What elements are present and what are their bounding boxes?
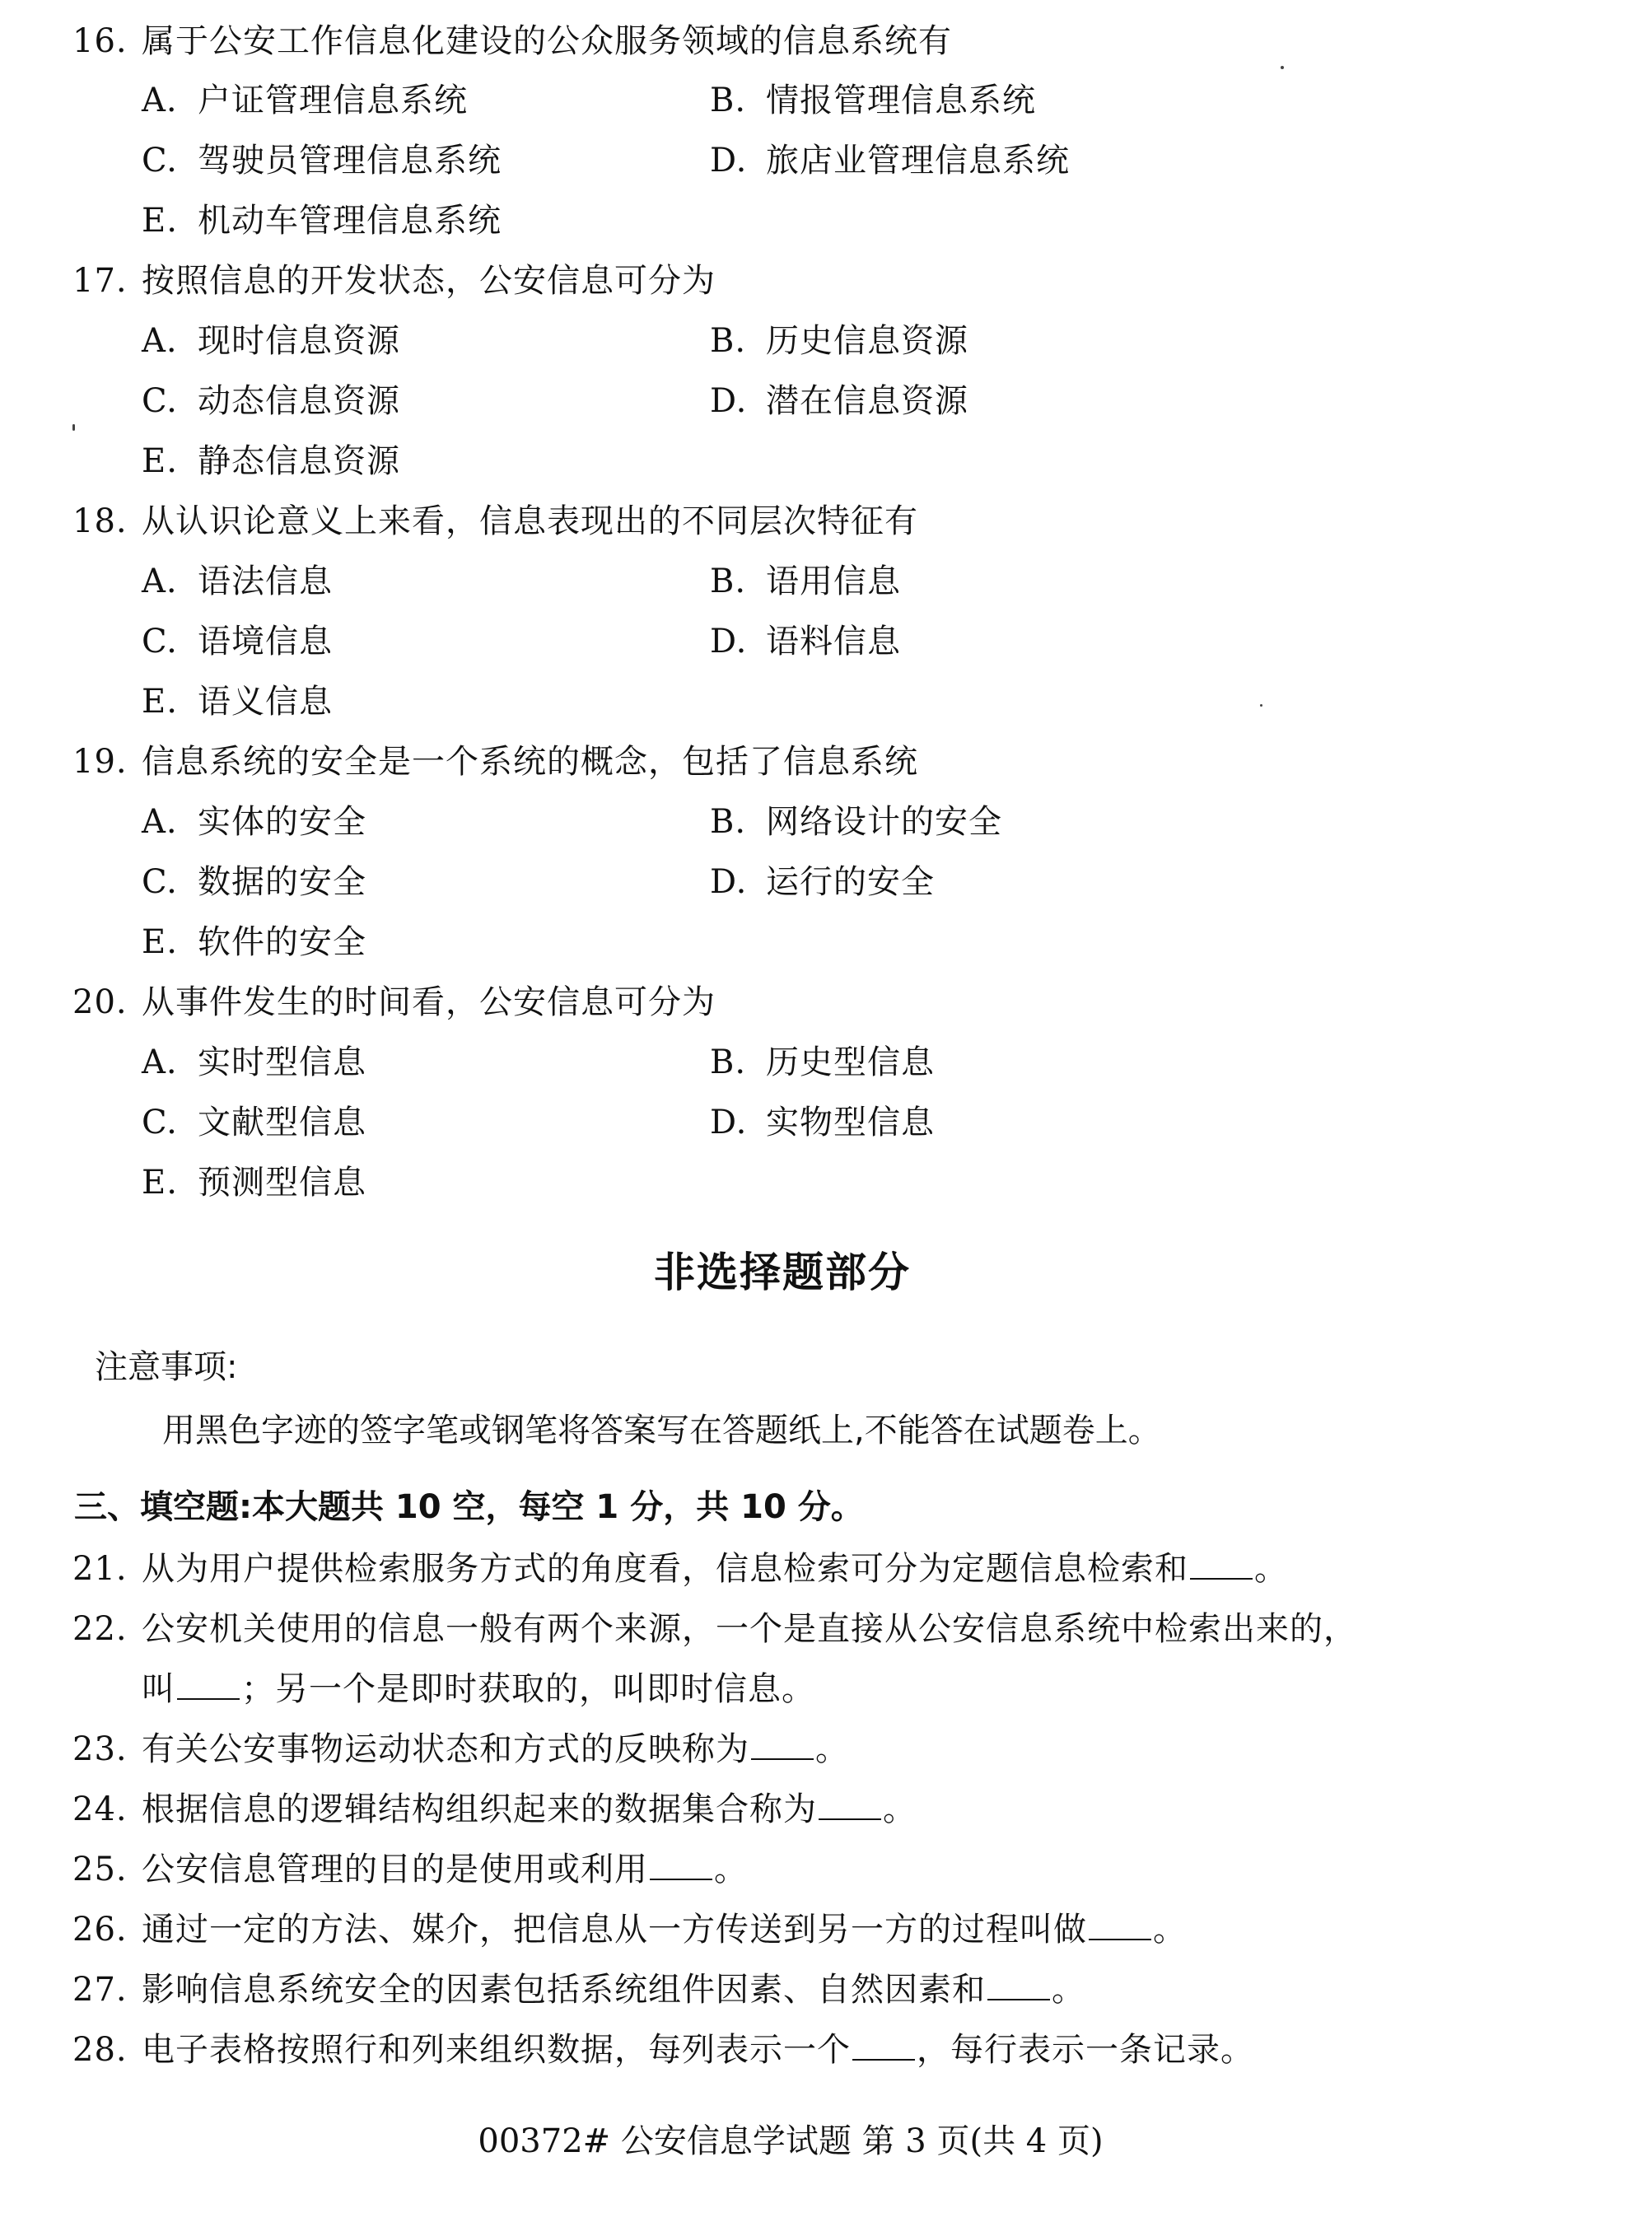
scan-speck [1281,66,1284,69]
option-letter: B. [710,76,766,125]
question-text: 信息系统的安全是一个系统的概念，包括了信息系统 [142,737,918,787]
option-text: 网络设计的安全 [766,803,1002,841]
answer-blank [1190,1553,1253,1580]
option-row: A.语法信息 B.语用信息 [0,557,1652,606]
option-c: C.文献型信息 [142,1098,366,1147]
option-row: E.预测型信息 [0,1158,1652,1207]
text-before: 叫 [142,1670,175,1708]
scan-speck [72,424,75,431]
text-before: 公安信息管理的目的是使用或利用 [142,1851,648,1888]
question-text: 电子表格按照行和列来组织数据，每列表示一个，每行表示一条记录。 [142,2025,1254,2075]
question-number: 26. [72,1905,128,1954]
option-text: 实时型信息 [198,1043,366,1081]
answer-blank [852,2034,915,2061]
question-text: 从为用户提供检索服务方式的角度看，信息检索可分为定题信息检索和。 [142,1544,1288,1594]
page-footer: 00372# 公安信息学试题 第 3 页(共 4 页) [0,2117,1581,2166]
option-text: 现时信息资源 [198,322,400,360]
question-text: 公安信息管理的目的是使用或利用。 [142,1845,748,1894]
option-letter: A. [142,557,198,606]
question-number: 28. [72,2025,128,2075]
question-number: 25. [72,1845,128,1894]
option-c: C.动态信息资源 [142,376,400,426]
option-text: 动态信息资源 [198,382,400,420]
option-c: C.驾驶员管理信息系统 [142,136,502,185]
option-text: 运行的安全 [766,863,935,901]
option-letter: E. [142,436,198,486]
text-after: ；另一个是即时获取的，叫即时信息。 [241,1670,815,1708]
option-c: C.数据的安全 [142,857,366,907]
option-text: 历史信息资源 [766,322,968,360]
question-number: 22. [72,1604,128,1654]
option-row: A.现时信息资源 B.历史信息资源 [0,316,1652,366]
option-d: D.实物型信息 [710,1098,935,1147]
option-letter: C. [142,857,198,907]
question-number: 18. [72,497,128,546]
option-row: A.实时型信息 B.历史型信息 [0,1038,1652,1087]
option-c: C.语境信息 [142,617,333,666]
text-after: 。 [815,1730,849,1768]
option-a: A.实时型信息 [142,1038,366,1087]
option-text: 软件的安全 [198,923,366,961]
option-row: E.静态信息资源 [0,436,1652,486]
section-title: 非选择题部分 [0,1248,1565,1297]
answer-blank [751,1734,814,1760]
option-letter: C. [142,376,198,426]
question-text: 有关公安事物运动状态和方式的反映称为。 [142,1725,849,1774]
option-letter: B. [710,316,766,366]
option-e: E.机动车管理信息系统 [142,196,502,245]
question-number: 20. [72,978,128,1027]
option-e: E.软件的安全 [142,917,366,967]
option-letter: E. [142,917,198,967]
question-number: 23. [72,1725,128,1774]
question-text: 从事件发生的时间看，公安信息可分为 [142,978,716,1027]
text-before: 电子表格按照行和列来组织数据，每列表示一个 [142,2031,851,2069]
option-text: 静态信息资源 [198,442,400,480]
option-text: 实体的安全 [198,803,366,841]
option-letter: E. [142,196,198,245]
text-after: 。 [1254,1550,1288,1588]
question-text: 影响信息系统安全的因素包括系统组件因素、自然因素和。 [142,1965,1085,2014]
option-text: 历史型信息 [766,1043,935,1081]
question-text: 叫；另一个是即时获取的，叫即时信息。 [142,1664,815,1714]
option-text: 数据的安全 [198,863,366,901]
option-b: B.历史信息资源 [710,316,968,366]
question-number: 21. [72,1544,128,1594]
option-row: C.动态信息资源 D.潜在信息资源 [0,376,1652,426]
option-letter: C. [142,1098,198,1147]
option-letter: B. [710,1038,766,1087]
option-letter: A. [142,1038,198,1087]
text-after: ，每行表示一条记录。 [917,2031,1254,2069]
question-number: 17. [72,256,128,306]
option-row: C.文献型信息 D.实物型信息 [0,1098,1652,1147]
question-text: 根据信息的逻辑结构组织起来的数据集合称为。 [142,1785,917,1834]
option-a: A.现时信息资源 [142,316,400,366]
question-text: 按照信息的开发状态，公安信息可分为 [142,256,716,306]
option-d: D.语料信息 [710,617,901,666]
option-a: A.实体的安全 [142,797,366,847]
question-number: 27. [72,1965,128,2014]
option-d: D.旅店业管理信息系统 [710,136,1070,185]
option-letter: C. [142,617,198,666]
text-before: 有关公安事物运动状态和方式的反映称为 [142,1730,749,1768]
option-row: C.数据的安全 D.运行的安全 [0,857,1652,907]
question-number: 19. [72,737,128,787]
option-letter: D. [710,136,766,185]
answer-blank [987,1974,1050,2000]
option-letter: D. [710,376,766,426]
answer-blank [650,1854,712,1880]
option-e: E.预测型信息 [142,1158,366,1207]
option-a: A.语法信息 [142,557,333,606]
option-text: 语法信息 [198,563,333,600]
option-letter: A. [142,797,198,847]
text-before: 影响信息系统安全的因素包括系统组件因素、自然因素和 [142,1971,986,2009]
option-text: 语义信息 [198,683,333,721]
answer-blank [1089,1914,1151,1940]
option-text: 实物型信息 [766,1104,935,1141]
option-letter: E. [142,1158,198,1207]
option-row: E.语义信息 [0,677,1652,726]
text-after: 。 [1052,1971,1085,2009]
option-letter: A. [142,76,198,125]
question-text: 属于公安工作信息化建设的公众服务领域的信息系统有 [142,16,952,66]
option-letter: A. [142,316,198,366]
question-number: 16. [72,16,128,66]
option-text: 语料信息 [766,623,901,661]
answer-blank [819,1794,881,1820]
option-letter: E. [142,677,198,726]
option-b: B.网络设计的安全 [710,797,1002,847]
question-text: 从认识论意义上来看，信息表现出的不同层次特征有 [142,497,918,546]
notice-text: 用黑色字迹的签字笔或钢笔将答案写在答题纸上,不能答在试题卷上。 [162,1406,1161,1455]
option-letter: D. [710,857,766,907]
text-after: 。 [714,1851,748,1888]
option-d: D.运行的安全 [710,857,935,907]
option-a: A.户证管理信息系统 [142,76,468,125]
part-heading: 三、填空题:本大题共 10 空，每空 1 分，共 10 分。 [74,1482,864,1532]
option-text: 预测型信息 [198,1164,366,1202]
text-before: 根据信息的逻辑结构组织起来的数据集合称为 [142,1790,817,1828]
option-text: 文献型信息 [198,1104,366,1141]
option-text: 语用信息 [766,563,901,600]
answer-blank [177,1674,240,1700]
option-row: E.机动车管理信息系统 [0,196,1652,245]
option-d: D.潜在信息资源 [710,376,968,426]
text-after: 。 [1153,1911,1187,1949]
option-text: 情报管理信息系统 [766,82,1036,119]
text-after: 。 [883,1790,917,1828]
option-row: E.软件的安全 [0,917,1652,967]
option-row: C.语境信息 D.语料信息 [0,617,1652,666]
notice-label: 注意事项: [95,1342,237,1392]
option-row: A.户证管理信息系统 B.情报管理信息系统 [0,76,1652,125]
option-b: B.历史型信息 [710,1038,935,1087]
option-e: E.静态信息资源 [142,436,400,486]
option-text: 旅店业管理信息系统 [766,142,1070,180]
scan-speck [1260,704,1262,707]
question-text: 公安机关使用的信息一般有两个来源，一个是直接从公安信息系统中检索出来的， [142,1604,1357,1654]
text-before: 通过一定的方法、媒介，把信息从一方传送到另一方的过程叫做 [142,1911,1087,1949]
option-letter: C. [142,136,198,185]
option-text: 语境信息 [198,623,333,661]
option-text: 潜在信息资源 [766,382,968,420]
option-text: 驾驶员管理信息系统 [198,142,502,180]
option-e: E.语义信息 [142,677,333,726]
option-letter: B. [710,557,766,606]
option-text: 机动车管理信息系统 [198,202,502,240]
option-letter: D. [710,1098,766,1147]
option-letter: D. [710,617,766,666]
question-text: 通过一定的方法、媒介，把信息从一方传送到另一方的过程叫做。 [142,1905,1187,1954]
option-b: B.情报管理信息系统 [710,76,1036,125]
option-row: A.实体的安全 B.网络设计的安全 [0,797,1652,847]
question-number: 24. [72,1785,128,1834]
option-b: B.语用信息 [710,557,901,606]
text-before: 从为用户提供检索服务方式的角度看，信息检索可分为定题信息检索和 [142,1550,1188,1588]
option-letter: B. [710,797,766,847]
option-text: 户证管理信息系统 [198,82,468,119]
option-row: C.驾驶员管理信息系统 D.旅店业管理信息系统 [0,136,1652,185]
